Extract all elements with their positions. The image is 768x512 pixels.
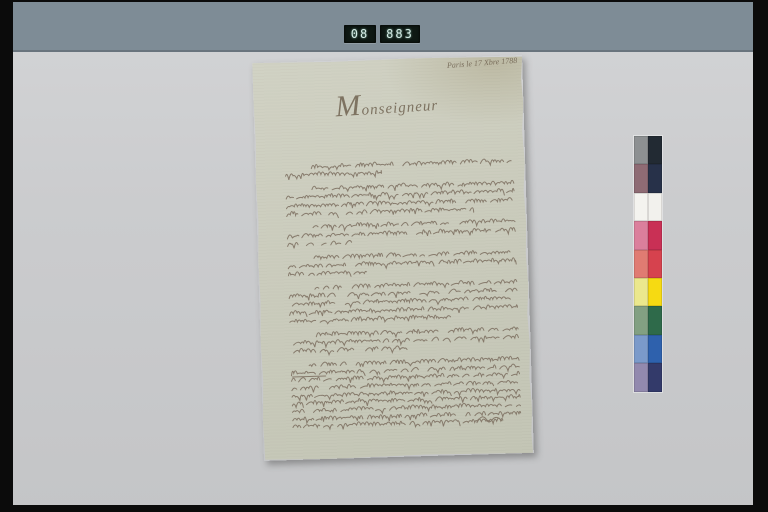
counter-digits-right: 883 [386,28,414,40]
color-chart-row [634,136,662,164]
counter-panel-left: 08 [344,25,376,43]
film-edge-right [753,0,768,512]
manuscript-page: Paris le 17 Xbre 1788 Monseigneur [252,55,534,461]
color-chart-row [634,278,662,306]
color-patch-dark [648,306,662,334]
color-patch-light [634,335,648,363]
color-chart-row [634,250,662,278]
color-patch-light [634,363,648,391]
film-edge-bottom [0,505,768,512]
counter-panel-right: 883 [380,25,420,43]
film-edge-left [0,0,13,512]
color-patch-dark [648,164,662,192]
salutation: Monseigneur [335,96,439,122]
color-patch-light [634,306,648,334]
color-chart-row [634,335,662,363]
color-patch-dark [648,278,662,306]
color-patch-light [634,278,648,306]
handwriting-paragraph [289,276,518,325]
color-patch-light [634,250,648,278]
color-chart-row [634,193,662,221]
color-calibration-strip [634,136,662,392]
handwriting-paragraph [291,353,521,429]
film-counter: 08 883 [344,25,420,43]
date-line: Paris le 17 Xbre 1788 [407,56,517,73]
color-patch-dark [648,363,662,391]
film-edge-top [0,0,768,2]
handwriting-paragraph [287,216,516,248]
color-patch-dark [648,193,662,221]
color-patch-light [634,136,648,164]
counter-digits-left: 08 [351,28,369,40]
color-patch-dark [648,335,662,363]
color-chart-row [634,363,662,391]
manuscript-page-shadow: Paris le 17 Xbre 1788 Monseigneur [252,55,534,461]
color-chart-row [634,306,662,334]
handwriting-body [285,155,521,429]
handwriting-paragraph [286,177,515,217]
handwriting-paragraph [288,246,517,278]
color-patch-dark [648,136,662,164]
photo-frame: 08 883 Paris le 17 Xbre 1788 Monseigneur [0,0,768,512]
color-patch-light [634,221,648,249]
color-chart-row [634,221,662,249]
color-chart-row [634,164,662,192]
color-patch-light [634,193,648,221]
color-patch-light [634,164,648,192]
color-patch-dark [648,221,662,249]
handwriting-paragraph [290,323,519,355]
color-patch-dark [648,250,662,278]
